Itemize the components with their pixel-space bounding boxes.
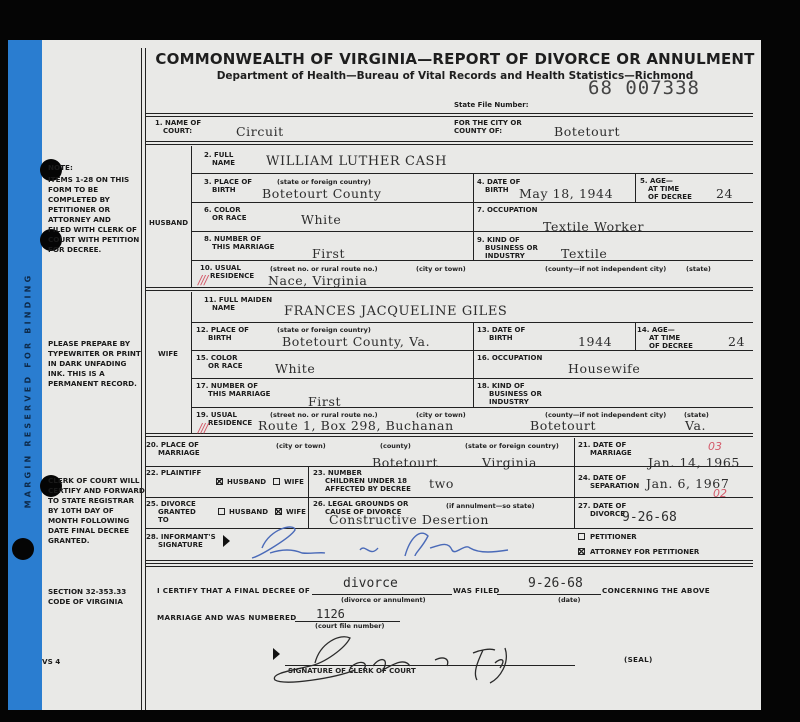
marriage-date-annotation: 03	[708, 440, 722, 453]
divider	[191, 292, 192, 433]
husband-residence-street-hint: (street no. or rural route no.)	[270, 265, 378, 273]
marriage-date-label: 21. DATE OFMARRIAGE	[578, 441, 632, 457]
note-clerk-instructions: CLERK OF COURT WILL CERTIFY AND FORWARD …	[48, 476, 145, 546]
decree-type-hint: (divorce or annulment)	[341, 596, 426, 604]
husband-dob-value: May 18, 1944	[519, 186, 613, 201]
divider	[191, 407, 753, 408]
divider	[473, 322, 474, 407]
divider	[146, 497, 753, 498]
decree-type-blank	[312, 594, 452, 595]
divider	[146, 563, 753, 567]
husband-residence-county-hint: (county—if not independent city)	[545, 265, 666, 273]
husband-section-label: HUSBAND	[149, 219, 188, 227]
husband-birthplace-hint: (state or foreign country)	[277, 178, 371, 186]
note-items-instructions: NOTE: ITEMS 1-28 ON THIS FORM TO BE COMP…	[48, 163, 139, 255]
signature-pointer-icon	[223, 535, 230, 547]
wife-industry-label: 18. KIND OFBUSINESS ORINDUSTRY	[477, 382, 542, 406]
divider	[191, 378, 753, 379]
husband-marriage-number-label: 8. NUMBER OFTHIS MARRIAGE	[204, 235, 274, 251]
divider	[574, 438, 575, 528]
wife-dob-value: 1944	[578, 334, 612, 349]
husband-birthplace-value: Botetourt County	[262, 186, 382, 201]
note-code-section: SECTION 32-353.33 CODE OF VIRGINIA	[48, 587, 126, 607]
wife-residence-annotation: ///	[198, 421, 207, 435]
granted-wife-checkbox[interactable]	[275, 508, 282, 515]
granted-wife-label: WIFE	[286, 508, 306, 516]
marriage-place-city-hint: (city or town)	[276, 442, 326, 450]
form-left-border	[141, 48, 146, 710]
punch-hole	[12, 538, 34, 560]
wife-age-value: 24	[728, 334, 745, 349]
informant-signature	[240, 518, 520, 563]
clerk-signature-label: SIGNATURE OF CLERK OF COURT	[288, 667, 416, 675]
petitioner-label: PETITIONER	[590, 533, 637, 541]
divider	[191, 202, 753, 203]
court-name-value: Circuit	[236, 124, 284, 139]
marriage-place-state-hint: (state or foreign country)	[465, 442, 559, 450]
court-file-number-value: 1126	[316, 607, 345, 621]
husband-age-label: 5. AGE—AT TIMEOF DECREE	[640, 177, 692, 201]
wife-marriage-number-value: First	[308, 394, 341, 409]
marriage-state-value: Virginia	[482, 455, 537, 470]
wife-marriage-number-label: 17. NUMBER OFTHIS MARRIAGE	[196, 382, 270, 398]
divider	[635, 173, 636, 202]
filed-date-value: 9-26-68	[528, 576, 583, 591]
plaintiff-wife-label: WIFE	[284, 478, 304, 486]
divider	[191, 173, 753, 174]
wife-birthplace-label: 12. PLACE OFBIRTH	[196, 326, 249, 342]
divider	[191, 231, 753, 232]
state-file-number-label: State File Number:	[454, 101, 529, 109]
plaintiff-husband-label: HUSBAND	[227, 478, 266, 486]
divider	[191, 350, 753, 351]
husband-age-value: 24	[716, 186, 733, 201]
decree-type-value: divorce	[343, 576, 398, 591]
husband-residence-state-hint: (state)	[686, 265, 711, 273]
husband-residence-city-hint: (city or town)	[416, 265, 466, 273]
grounds-hint: (if annulment—so state)	[446, 502, 535, 510]
husband-occupation-value: Textile Worker	[543, 219, 644, 234]
state-file-number: 68 007338	[588, 77, 700, 99]
wife-race-value: White	[275, 361, 315, 376]
husband-residence-annotation: ///	[198, 273, 207, 287]
wife-residence-street-value: Route 1, Box 298, Buchanan	[258, 418, 454, 433]
separation-date-label: 24. DATE OFSEPARATION	[578, 474, 639, 490]
wife-residence-state-value: Va.	[685, 418, 706, 433]
certify-text: I CERTIFY THAT A FINAL DECREE OF	[157, 586, 310, 595]
form-code: VS 4	[42, 657, 60, 667]
divider	[146, 141, 753, 145]
wife-residence-county-value: Botetourt	[530, 418, 596, 433]
clerk-signature	[255, 628, 525, 688]
divider	[191, 146, 192, 287]
concerning-text: CONCERNING THE ABOVE	[602, 586, 710, 595]
divider	[191, 260, 753, 261]
divider	[191, 322, 753, 323]
wife-occupation-label: 16. OCCUPATION	[477, 354, 542, 362]
husband-industry-label: 9. KIND OFBUSINESS ORINDUSTRY	[477, 236, 538, 260]
wife-section-label: WIFE	[158, 350, 178, 358]
marriage-place-label: 20. PLACE OFMARRIAGE	[146, 441, 200, 457]
children-value: two	[429, 476, 454, 491]
attorney-checkbox[interactable]	[578, 548, 585, 555]
wife-birthplace-hint: (state or foreign country)	[277, 326, 371, 334]
informant-signature-label: 28. INFORMANT'SSIGNATURE	[146, 533, 216, 549]
plaintiff-label: 22. PLAINTIFF	[146, 469, 201, 477]
husband-name-value: WILLIAM LUTHER CASH	[266, 154, 447, 169]
husband-residence-value: Nace, Virginia	[268, 273, 367, 288]
divider	[635, 322, 636, 350]
granted-husband-label: HUSBAND	[229, 508, 268, 516]
marriage-place-county-hint: (county)	[380, 442, 411, 450]
wife-dob-label: 13. DATE OFBIRTH	[477, 326, 525, 342]
seal-label: (SEAL)	[624, 655, 653, 664]
wife-name-value: FRANCES JACQUELINE GILES	[284, 304, 507, 319]
court-county-value: Botetourt	[554, 124, 620, 139]
divorce-date-value: 9-26-68	[622, 510, 677, 525]
note-prepare-instructions: PLEASE PREPARE BY TYPEWRITER OR PRINT IN…	[48, 339, 141, 389]
plaintiff-wife-checkbox[interactable]	[273, 478, 280, 485]
wife-birthplace-value: Botetourt County, Va.	[282, 334, 430, 349]
husband-name-label: 2. FULLNAME	[204, 151, 235, 167]
husband-residence-label: 10. USUALRESIDENCE	[200, 264, 254, 280]
granted-to-label: 25. DIVORCEGRANTEDTO	[146, 500, 196, 524]
wife-age-label: 14. AGE—AT TIMEOF DECREE	[637, 326, 693, 350]
divider	[146, 433, 753, 437]
plaintiff-husband-checkbox[interactable]	[216, 478, 223, 485]
husband-occupation-label: 7. OCCUPATION	[477, 206, 537, 214]
husband-race-label: 6. COLOROR RACE	[204, 206, 247, 222]
numbered-text: MARRIAGE AND WAS NUMBERED	[157, 613, 297, 622]
divider	[146, 113, 753, 117]
husband-dob-label: 4. DATE OFBIRTH	[477, 178, 520, 194]
wife-name-label: 11. FULL MAIDENNAME	[204, 296, 272, 312]
granted-husband-checkbox[interactable]	[218, 508, 225, 515]
divider	[146, 287, 753, 291]
court-county-label: FOR THE CITY ORCOUNTY OF:	[454, 119, 522, 135]
marriage-date-value: Jan. 14, 1965	[648, 455, 740, 470]
attorney-label: ATTORNEY FOR PETITIONER	[590, 548, 699, 556]
filed-date-blank	[497, 594, 601, 595]
court-name-label: 1. NAME OFCOURT:	[155, 119, 201, 135]
form-title: COMMONWEALTH OF VIRGINIA—REPORT OF DIVOR…	[150, 50, 760, 68]
marriage-county-value: Botetourt	[372, 455, 438, 470]
was-filed-text: WAS FILED	[453, 586, 500, 595]
husband-industry-value: Textile	[561, 246, 607, 261]
husband-birthplace-label: 3. PLACE OFBIRTH	[204, 178, 252, 194]
filed-date-hint: (date)	[558, 596, 581, 604]
wife-race-label: 15. COLOROR RACE	[196, 354, 243, 370]
divider	[473, 173, 474, 260]
husband-race-value: White	[301, 212, 341, 227]
children-label: 23. NUMBERCHILDREN UNDER 18AFFECTED BY D…	[313, 469, 411, 493]
separation-date-annotation: 02	[713, 487, 727, 500]
petitioner-checkbox[interactable]	[578, 533, 585, 540]
wife-occupation-value: Housewife	[568, 361, 640, 376]
husband-marriage-number-value: First	[312, 246, 345, 261]
divorce-date-label: 27. DATE OFDIVORCE	[578, 502, 626, 518]
